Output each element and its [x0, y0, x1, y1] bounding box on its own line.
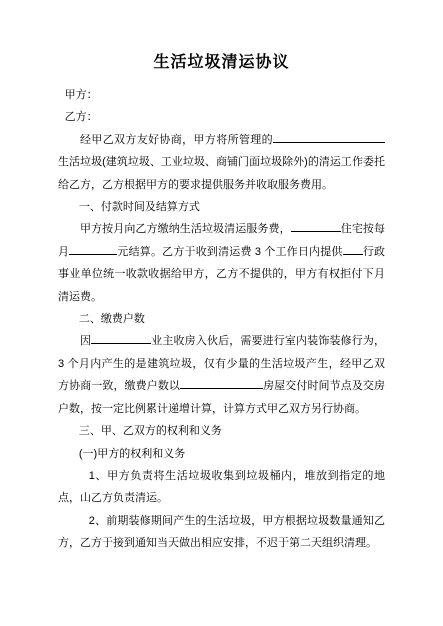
fill-in-blank-underline — [91, 332, 151, 344]
fill-in-blank-underline — [273, 131, 385, 143]
section-2-heading: 二、缴费户数 — [58, 308, 385, 330]
section-3-sub-heading-1: (一)甲方的权利和义务 — [58, 443, 385, 465]
fill-in-blank-underline — [180, 377, 263, 389]
intro-paragraph: 经甲乙双方友好协商，甲方将所管理的生活垃圾(建筑垃圾、工业垃圾、商铺门面垃圾除外… — [58, 129, 385, 196]
document-title: 生活垃圾清运协议 — [58, 50, 385, 76]
section-2-paragraph: 因业主收房入伙后，需要进行室内装饰装修行为，3 个月内产生的是建筑垃圾，仅有少量… — [58, 330, 385, 420]
fill-in-blank-underline — [343, 243, 363, 255]
section-1-paragraph: 甲方按月向乙方缴纳生活垃圾清运服务费，住宅按每月元结算。乙方于收到清运费 3 个… — [58, 218, 385, 308]
document-body: 甲方：乙方：经甲乙双方友好协商，甲方将所管理的生活垃圾(建筑垃圾、工业垃圾、商铺… — [58, 84, 385, 555]
section-1-heading: 一、付款时间及结算方式 — [58, 196, 385, 218]
document-page: 生活垃圾清运协议 甲方：乙方：经甲乙双方友好协商，甲方将所管理的生活垃圾(建筑垃… — [0, 0, 443, 626]
item-1-paragraph: 1、甲方负责将生活垃圾收集到垃圾桶内，堆放到指定的地点，山乙方负责清运。 — [58, 465, 385, 510]
section-3-heading: 三、甲、乙双方的权利和义务 — [58, 420, 385, 442]
item-2-paragraph: 2、前期装修期间产生的生活垃圾，甲方根据垃圾数量通知乙方，乙方于接到通知当天做出… — [58, 510, 385, 555]
fill-in-blank-underline — [69, 243, 117, 255]
fill-in-blank-underline — [291, 220, 341, 232]
party-a-line: 甲方： — [58, 84, 385, 106]
party-b-line: 乙方： — [58, 106, 385, 128]
